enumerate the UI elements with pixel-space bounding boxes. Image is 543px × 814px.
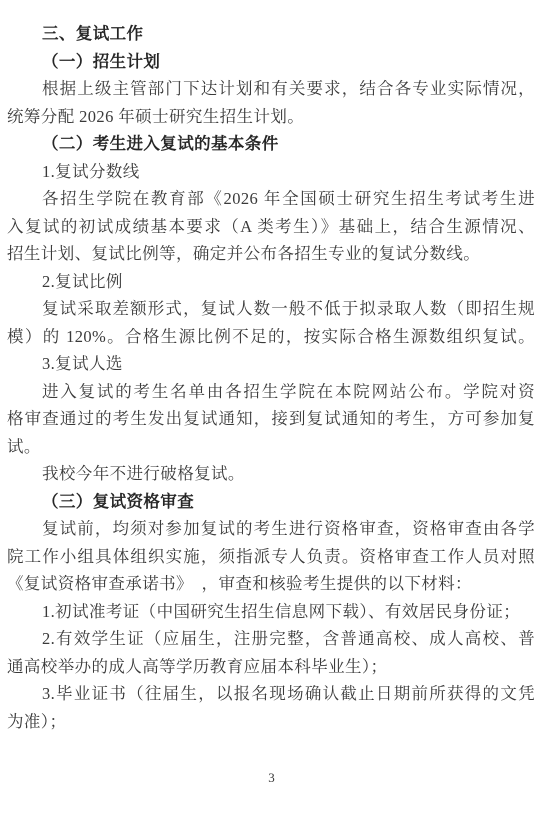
text-line: 3.复试人选 — [7, 350, 535, 378]
text-line: 1.复试分数线 — [7, 158, 535, 186]
text-line: 我校今年不进行破格复试。 — [7, 460, 535, 488]
text-line: 各招生学院在教育部《2026 年全国硕士研究生招生考试考生进 — [7, 185, 535, 213]
text-line: 2.复试比例 — [7, 268, 535, 296]
text-line: 试。 — [7, 433, 535, 461]
text-line: 通高校举办的成人高等学历教育应届本科毕业生）； — [7, 653, 535, 681]
text-line: 统筹分配 2026 年硕士研究生招生计划。 — [7, 103, 535, 131]
text-line: 院工作小组具体组织实施，须指派专人负责。资格审查工作人员对照 — [7, 543, 535, 571]
text-line: 复试采取差额形式，复试人数一般不低于拟录取人数（即招生规 — [7, 295, 535, 323]
text-line: 进入复试的考生名单由各招生学院在本院网站公布。学院对资 — [7, 378, 535, 406]
text-line: 2.有效学生证（应届生，注册完整，含普通高校、成人高校、普 — [7, 625, 535, 653]
page-number: 3 — [0, 770, 543, 786]
text-line: 模）的 120%。合格生源比例不足的，按实际合格生源数组织复试。 — [7, 323, 535, 351]
text-line: 《复试资格审查承诺书》 ，审查和核验考生提供的以下材料： — [7, 570, 535, 598]
document-body: 三、复试工作（一）招生计划根据上级主管部门下达计划和有关要求，结合各专业实际情况… — [0, 0, 543, 735]
text-line: 根据上级主管部门下达计划和有关要求，结合各专业实际情况， — [7, 75, 535, 103]
section-heading: （三）复试资格审查 — [7, 488, 535, 516]
text-line: 入复试的初试成绩基本要求（A 类考生）》基础上，结合生源情况、 — [7, 213, 535, 241]
text-line: 格审查通过的考生发出复试通知，接到复试通知的考生，方可参加复 — [7, 405, 535, 433]
section-heading: 三、复试工作 — [7, 20, 535, 48]
section-heading: （二）考生进入复试的基本条件 — [7, 130, 535, 158]
text-line: 3.毕业证书（往届生，以报名现场确认截止日期前所获得的文凭 — [7, 680, 535, 708]
document-page: 三、复试工作（一）招生计划根据上级主管部门下达计划和有关要求，结合各专业实际情况… — [0, 0, 543, 814]
text-line: 1.初试准考证（中国研究生招生信息网下载）、有效居民身份证； — [7, 598, 535, 626]
section-heading: （一）招生计划 — [7, 48, 535, 76]
text-line: 招生计划、复试比例等，确定并公布各招生专业的复试分数线。 — [7, 240, 535, 268]
text-line: 为准）； — [7, 708, 535, 736]
text-line: 复试前，均须对参加复试的考生进行资格审查，资格审查由各学 — [7, 515, 535, 543]
